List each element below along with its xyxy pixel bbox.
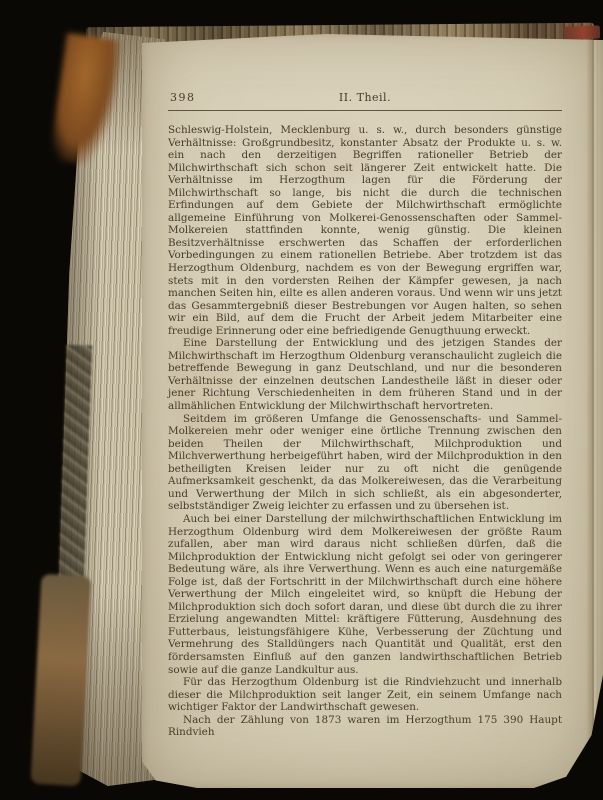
paragraph: Seitdem im größeren Umfange die Genossen… xyxy=(168,413,562,513)
paragraph: Eine Darstellung der Entwicklung und des… xyxy=(168,337,562,412)
paragraph: Auch bei einer Darstellung der milchwirt… xyxy=(168,513,562,676)
page-header: 398 II. Theil. xyxy=(168,91,562,106)
running-title: II. Theil. xyxy=(168,91,562,104)
printed-area: 398 II. Theil. Schleswig-Holstein, Meckl… xyxy=(168,91,562,739)
book-photo: 398 II. Theil. Schleswig-Holstein, Meckl… xyxy=(0,0,603,800)
book-page: 398 II. Theil. Schleswig-Holstein, Meckl… xyxy=(142,34,603,788)
paragraph: Nach der Zählung von 1873 waren im Herzo… xyxy=(168,714,562,739)
header-rule xyxy=(168,110,562,111)
text-block: Schleswig-Holstein, Mecklenburg u. s. w.… xyxy=(168,124,562,739)
paragraph: Für das Herzogthum Oldenburg ist die Rin… xyxy=(168,676,562,714)
paragraph: Schleswig-Holstein, Mecklenburg u. s. w.… xyxy=(168,124,562,337)
gutter-crease xyxy=(586,34,598,788)
cover-corner xyxy=(564,25,600,39)
